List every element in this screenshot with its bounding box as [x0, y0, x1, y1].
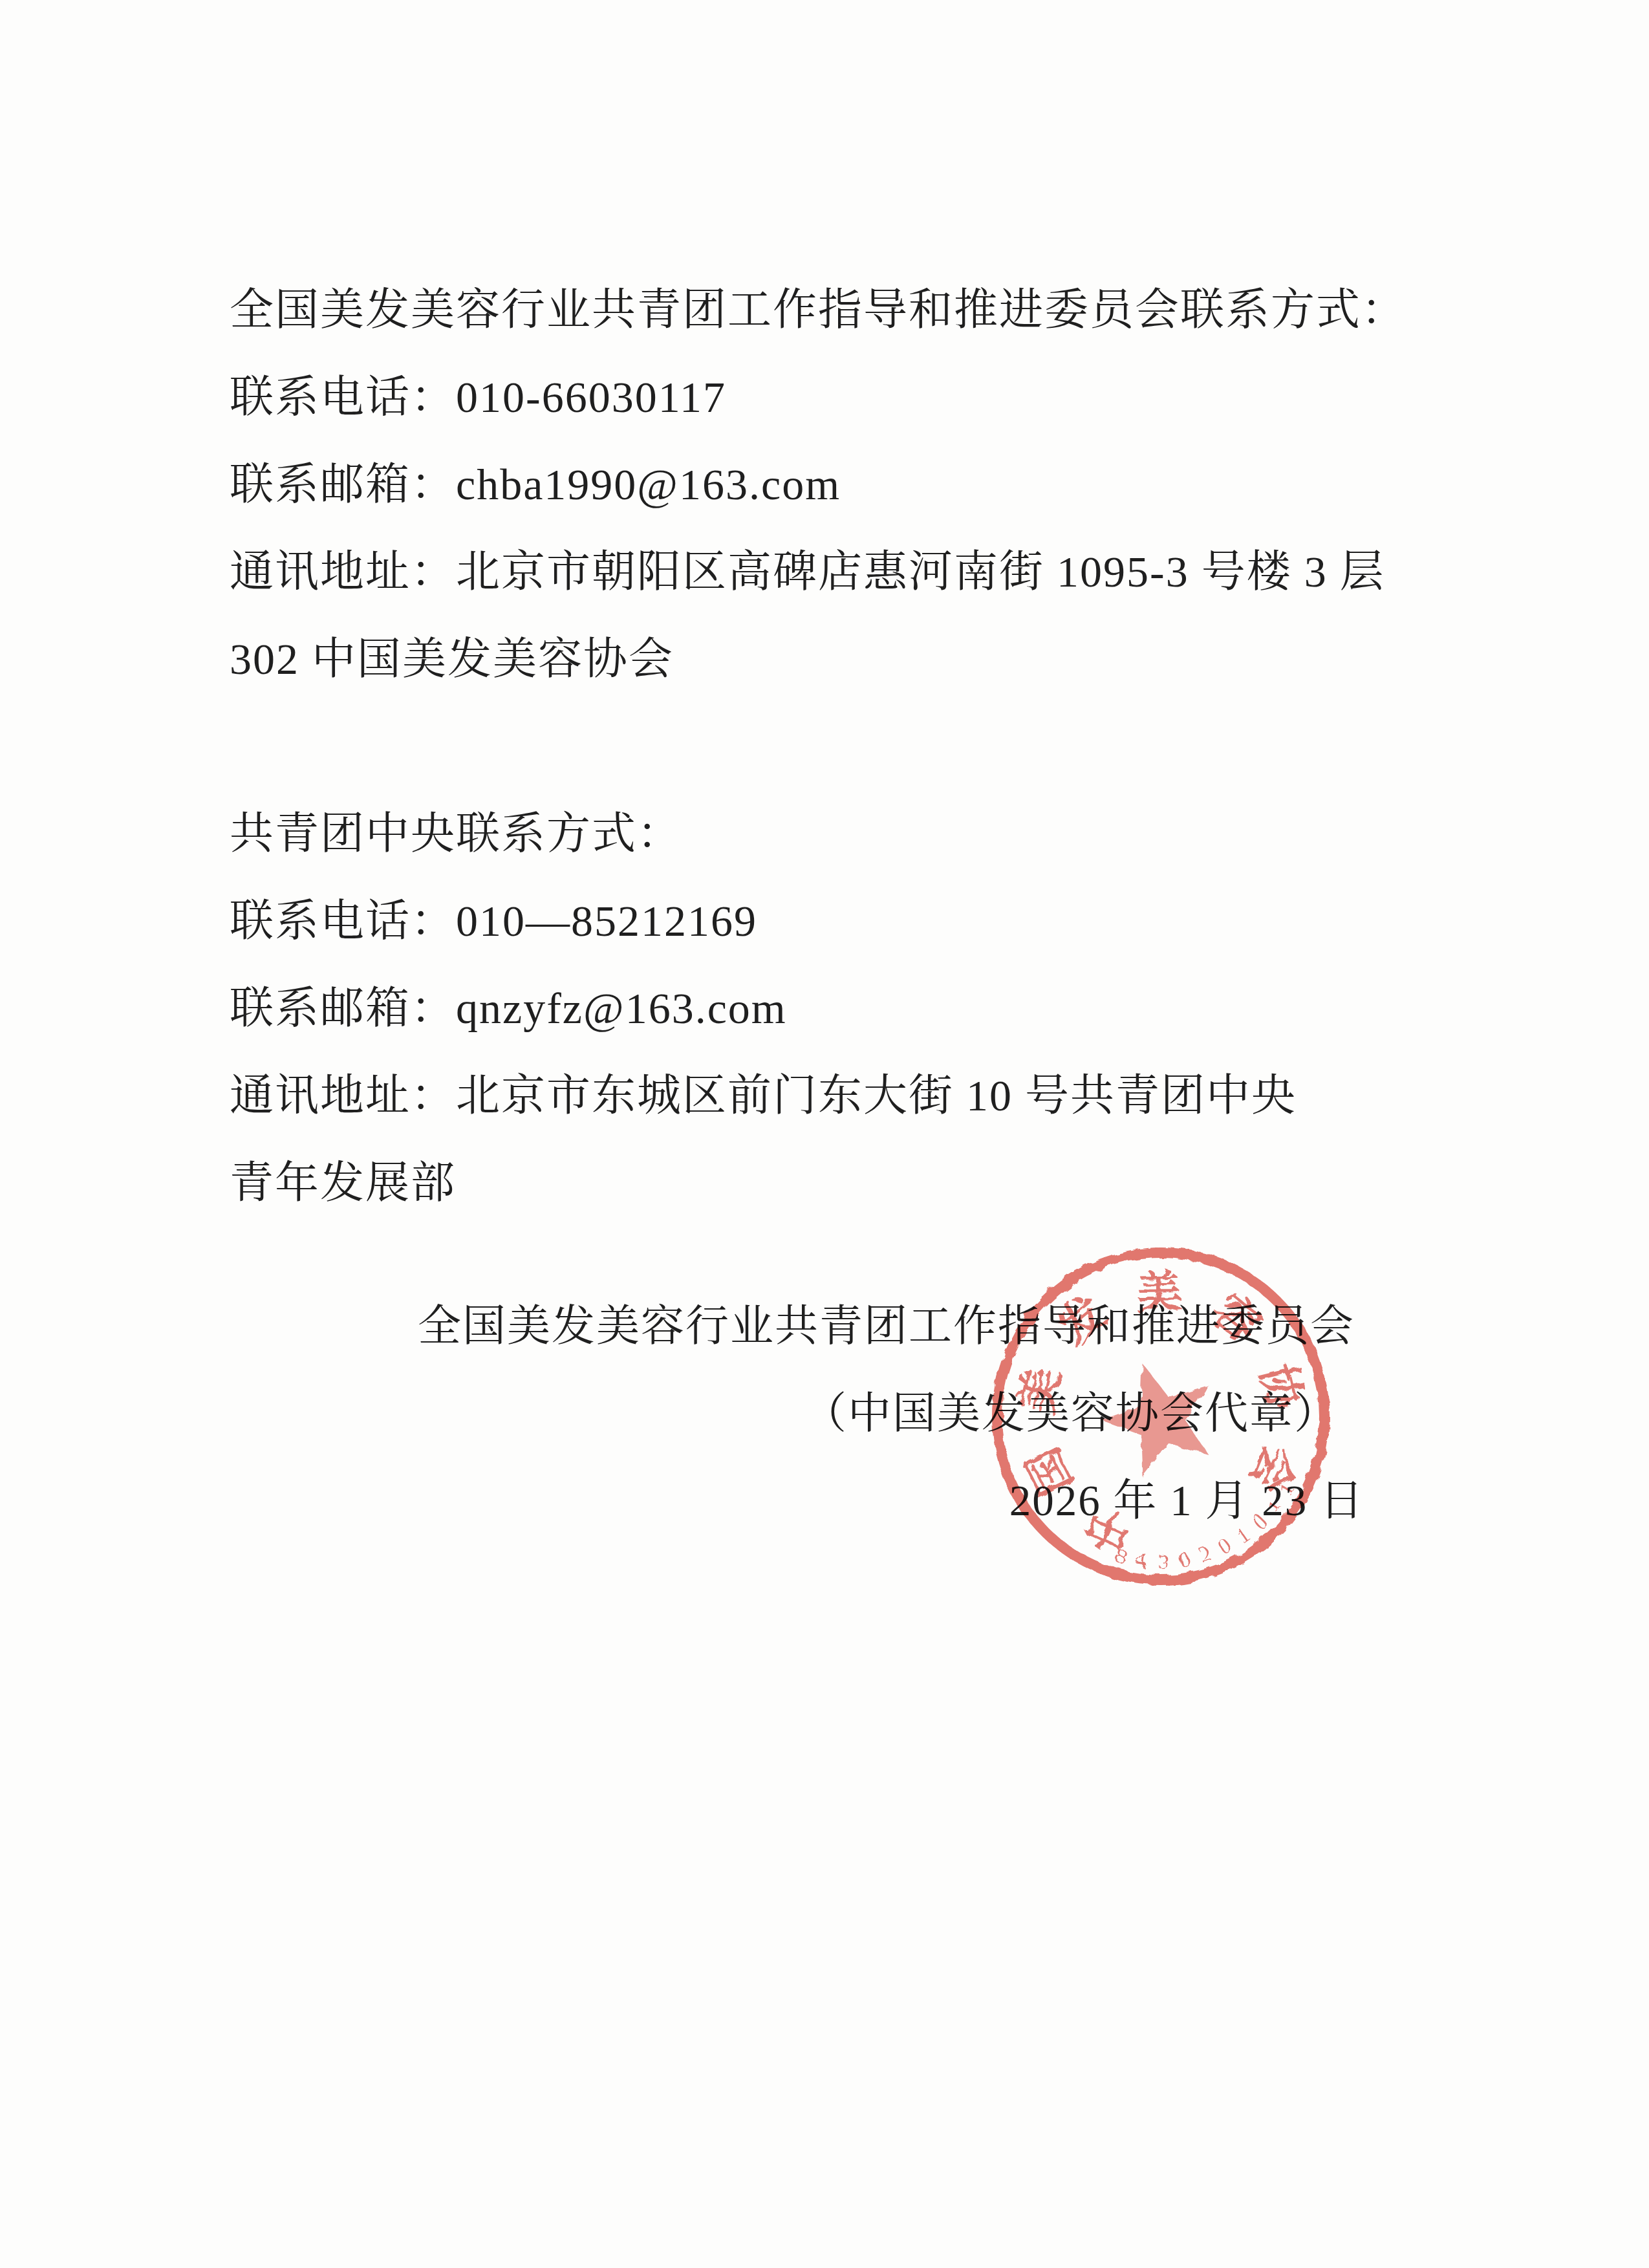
line-address-1b: 302 中国美发美容协会 [230, 616, 1432, 703]
line-phone-1: 联系电话：010-66030117 [230, 354, 1432, 441]
line-address-1a: 通讯地址：北京市朝阳区高碑店惠河南街 1095-3 号楼 3 层 [230, 528, 1432, 616]
svg-text:0: 0 [1177, 1547, 1191, 1571]
line-email-2: 联系邮箱：qnzyfz@163.com [230, 965, 1432, 1052]
line-youth-league-heading: 共青团中央联系方式： [230, 790, 1432, 878]
svg-text:2: 2 [1196, 1542, 1213, 1567]
signature-org-name: 全国美发美容行业共青团工作指导和推进委员会 [418, 1283, 1355, 1370]
document-page: 全国美发美容行业共青团工作指导和推进委员会联系方式： 联系电话：010-6603… [0, 0, 1649, 2268]
signature-block: 全国美发美容行业共青团工作指导和推进委员会 （中国美发美容协会代章） 2026 … [418, 1283, 1355, 1545]
svg-text:8: 8 [1113, 1543, 1129, 1568]
signature-on-behalf: （中国美发美容协会代章） [418, 1370, 1339, 1458]
svg-text:4: 4 [1135, 1548, 1148, 1572]
line-address-2b: 青年发展部 [230, 1139, 1432, 1227]
signature-date: 2026 年 1 月 23 日 [418, 1458, 1364, 1545]
line-blank [230, 703, 1432, 790]
line-committee-contact-heading: 全国美发美容行业共青团工作指导和推进委员会联系方式： [230, 266, 1432, 354]
contact-info-block: 全国美发美容行业共青团工作指导和推进委员会联系方式： 联系电话：010-6603… [230, 266, 1432, 1227]
line-phone-2: 联系电话：010—85212169 [230, 878, 1432, 965]
line-address-2a: 通讯地址：北京市东城区前门东大街 10 号共青团中央 [230, 1052, 1432, 1139]
line-email-1: 联系邮箱：chba1990@163.com [230, 441, 1432, 528]
svg-text:3: 3 [1158, 1550, 1169, 1573]
